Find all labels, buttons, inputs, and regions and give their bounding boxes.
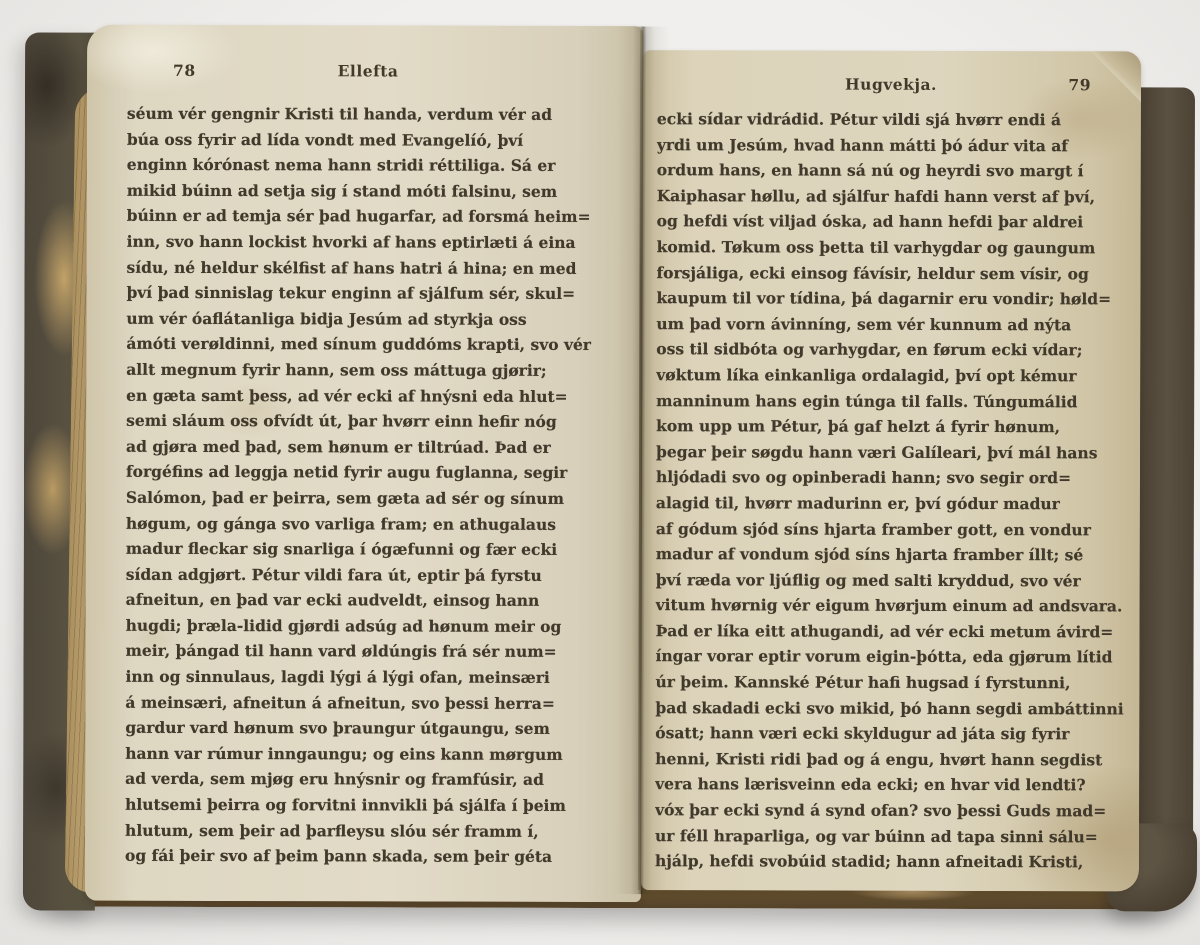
text-line: vitum hvørnig vér eigum hvørjum einum ad… xyxy=(656,592,1126,619)
text-line: vøktum líka einkanliga ordalagid, því op… xyxy=(656,362,1126,389)
text-line: ordum hans, en hann sá nú og heyrdi svo … xyxy=(657,157,1127,184)
text-line: á meinsæri, afneitun á afneitun, svo þes… xyxy=(125,689,607,716)
text-line: kom upp um Pétur, þá gaf helzt á fyrir h… xyxy=(656,413,1126,440)
text-line: um vér óaflátanliga bidja Jesúm ad styrk… xyxy=(126,306,608,333)
right-page-header: Hugvekja. 79 xyxy=(657,74,1125,97)
text-line: ad verda, sem mjøg eru hnýsnir og framfú… xyxy=(125,766,607,793)
text-line: því þad sinnislag tekur enginn af sjálfu… xyxy=(126,280,608,307)
left-page-header: 78 Ellefta xyxy=(127,61,609,84)
book-cover-right-edge xyxy=(1133,87,1195,873)
text-line: afneitun, en þad var ecki audveldt, eins… xyxy=(126,587,608,614)
text-line: Þad er líka eitt athugandi, ad vér ecki … xyxy=(656,618,1126,645)
right-page-text: ecki sídar vidrádid. Pétur vildi sjá hvø… xyxy=(655,106,1127,875)
text-line: hlutsemi þeirra og forvitni innvikli þá … xyxy=(125,792,607,819)
text-line: kaupum til vor tídina, þá dagarnir eru v… xyxy=(656,285,1126,312)
text-line: forgéfins ad leggja netid fyrir augu fug… xyxy=(126,459,608,486)
text-line: vóx þar ecki synd á synd ofan? svo þessi… xyxy=(655,797,1125,824)
text-line: hugdi; þræla-lidid gjørdi adsúg ad hønum… xyxy=(126,613,608,640)
text-line: Salómon, þad er þeirra, sem gæta ad sér … xyxy=(126,485,608,512)
text-line: því ræda vor ljúflig og med salti kryddu… xyxy=(656,567,1126,594)
text-line: forsjáliga, ecki einsog fávísir, heldur … xyxy=(656,260,1126,287)
text-line: allt megnum fyrir hann, sem oss máttuga … xyxy=(126,357,608,384)
text-line: madur af vondum sjód síns hjarta framber… xyxy=(656,541,1126,568)
right-page-number: 79 xyxy=(1068,75,1091,94)
text-line: ámóti verøldinni, med sínum guddóms krap… xyxy=(126,331,608,358)
text-line: mikid búinn ad setja sig í stand móti fa… xyxy=(127,178,609,205)
text-line: hann var rúmur inngaungu; og eins kann m… xyxy=(125,741,607,768)
text-line: hljódadi svo og opinberadi hann; svo seg… xyxy=(656,464,1126,491)
left-running-title: Ellefta xyxy=(127,61,609,81)
text-line: ur féll hraparliga, og var búinn ad tapa… xyxy=(655,823,1125,850)
text-line: en gæta samt þess, ad vér ecki af hnýsni… xyxy=(126,382,608,409)
text-line: henni, Kristi ridi þad og á engu, hvørt … xyxy=(655,746,1125,773)
text-line: af gódum sjód síns hjarta framber gott, … xyxy=(656,516,1126,543)
text-line: komid. Tøkum oss þetta til varhygdar og … xyxy=(657,234,1127,261)
text-line: alagid til, hvørr madurinn er, því gódur… xyxy=(656,490,1126,517)
left-page-text: séum vér gengnir Kristi til handa, verdu… xyxy=(125,101,609,870)
text-line: sídu, né heldur skélfist af hans hatri á… xyxy=(127,254,609,281)
text-line: manninum hans egin túnga til falls. Túng… xyxy=(656,388,1126,415)
text-line: hjálp, hefdi svobúid stadid; hann afneit… xyxy=(655,848,1125,875)
text-line: og hefdi víst viljad óska, ad hann hefdi… xyxy=(657,209,1127,236)
book: 78 Ellefta Hugvekja. 79 séum vér gengnir… xyxy=(0,0,1200,945)
text-line: meir, þángad til hann vard øldúngis frá … xyxy=(125,638,607,665)
text-line: úr þeim. Kannské Pétur hafi hugsad í fyr… xyxy=(655,669,1125,696)
photo-background: 78 Ellefta Hugvekja. 79 séum vér gengnir… xyxy=(0,0,1200,945)
text-line: Kaiphasar høllu, ad sjálfur hafdi hann v… xyxy=(657,183,1127,210)
text-line: inn, svo hann lockist hvorki af hans ept… xyxy=(127,229,609,256)
text-line: sídan adgjørt. Pétur vildi fara út, epti… xyxy=(126,561,608,588)
text-line: hlutum, sem þeir ad þarfleysu slóu sér f… xyxy=(125,817,607,844)
text-line: gardur vard hønum svo þraungur útgaungu,… xyxy=(125,715,607,742)
text-line: búa oss fyrir ad lída vondt med Evangelí… xyxy=(127,126,609,153)
right-running-title: Hugvekja. xyxy=(657,74,1125,94)
text-line: ósatt; hann væri ecki skyldugur ad játa … xyxy=(655,720,1125,747)
text-line: enginn kórónast nema hann stridi réttili… xyxy=(127,152,609,179)
text-line: yrdi um Jesúm, hvad hann mátti þó ádur v… xyxy=(657,132,1127,159)
text-line: og fái þeir svo af þeim þann skada, sem … xyxy=(125,843,607,870)
text-line: inn og sinnulaus, lagdi lýgi á lýgi ofan… xyxy=(125,664,607,691)
text-line: íngar vorar eptir vorum eigin-þótta, eda… xyxy=(655,644,1125,671)
text-line: oss til sidbóta og varhygdar, en førum e… xyxy=(656,336,1126,363)
text-line: ad gjøra med þad, sem hønum er tiltrúad.… xyxy=(126,433,608,460)
text-line: madur fleckar sig snarliga í ógæfunni og… xyxy=(126,536,608,563)
text-line: um þad vorn ávinníng, sem vér kunnum ad … xyxy=(656,311,1126,338)
text-line: ecki sídar vidrádid. Pétur vildi sjá hvø… xyxy=(657,106,1127,133)
text-line: búinn er ad temja sér þad hugarfar, ad f… xyxy=(127,203,609,230)
text-line: vera hans lærisveinn eda ecki; en hvar v… xyxy=(655,772,1125,799)
text-line: høgum, og gánga svo varliga fram; en ath… xyxy=(126,510,608,537)
text-line: þad skadadi ecki svo mikid, þó hann segd… xyxy=(655,695,1125,722)
text-line: séum vér gengnir Kristi til handa, verdu… xyxy=(127,101,609,128)
text-line: þegar þeir søgdu hann væri Galíleari, þv… xyxy=(656,439,1126,466)
text-line: semi sláum oss ofvídt út, þar hvørr einn… xyxy=(126,408,608,435)
